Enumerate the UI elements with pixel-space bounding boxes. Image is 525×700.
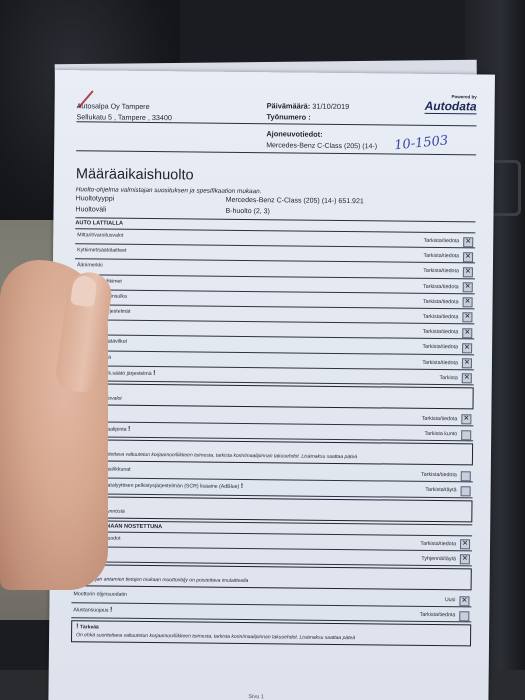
warning-icon: ! (76, 624, 78, 631)
service-interval-value: B-huolto (2, 3) (225, 206, 269, 217)
checklist-action: Tarkista/täytä (425, 487, 456, 493)
job-number-label: Työnumero : (266, 112, 310, 121)
checklist-sections: AUTO LATTIALLAMittarit/varoitusvalotTark… (71, 217, 475, 647)
checkbox-icon[interactable] (463, 282, 473, 292)
service-document: Autosalpa Oy Tampere Sellukatu 5 , Tampe… (48, 70, 495, 700)
document-header: Autosalpa Oy Tampere Sellukatu 5 , Tampe… (76, 88, 477, 154)
checklist-action: Tarkista/tiedota (423, 283, 459, 289)
checkbox-icon[interactable] (460, 539, 470, 549)
job-meta: Päivämäärä: 31/10/2019 Työnumero : (266, 100, 349, 123)
vehicle-info-value: Mercedes-Benz C-Class (205) (14-) (266, 142, 377, 150)
checklist-action: Tarkista/tiedota (422, 344, 458, 350)
autodata-logo: Autodata (425, 99, 477, 115)
checklist-action: Tarkista/tiedota (422, 416, 458, 422)
checkbox-icon[interactable] (462, 313, 472, 323)
checklist-action: Tarkista/tiedota (420, 612, 456, 618)
vehicle-info-label: Ajoneuvotiedot: (266, 129, 322, 139)
checklist-row: Selektiivisen katalyyttisen pelkistysjär… (73, 479, 473, 498)
company-info: Autosalpa Oy Tampere Sellukatu 5 , Tampe… (76, 100, 172, 123)
handwritten-note: 10-1503 (394, 133, 449, 153)
important-note: ! TärkeääOn ehkä suoritettava valtuutetu… (73, 439, 473, 465)
warning-icon: ! (110, 607, 112, 614)
document-page: Autosalpa Oy Tampere Sellukatu 5 , Tampe… (71, 88, 477, 649)
checkbox-icon[interactable] (460, 555, 470, 565)
important-note: ! TärkeääPariat LED-ajovalot (73, 383, 473, 409)
checklist-action: Tarkista/tiedota (423, 329, 459, 335)
checklist-item-label: Kytkimet/säätölaitteet (77, 247, 126, 254)
checklist-action: Tarkista/tiedota (423, 253, 459, 259)
checklist-action: Tarkista/tiedota (423, 299, 459, 305)
brand-block: Powered by Autodata (425, 94, 477, 115)
checklist-row: Alustansuojaus !Tarkista/tiedota (71, 603, 471, 622)
checkbox-icon[interactable] (463, 298, 473, 308)
page-number: Sivu 1 (248, 694, 264, 700)
checkbox-icon[interactable] (463, 237, 473, 247)
checklist-item-label: Mittarit/varoitusvalot (77, 232, 123, 238)
checklist-action: Tarkista/tiedota (424, 238, 460, 244)
checklist-action: Tarkista/tiedota (423, 268, 459, 274)
checkbox-icon[interactable] (462, 343, 472, 353)
checklist-row: Korin kunto/maalipinta !Tarkista kunto (73, 422, 473, 441)
checkbox-icon[interactable] (461, 486, 471, 496)
checkbox-icon[interactable] (463, 267, 473, 277)
checklist-action: Tarkista kunto (424, 431, 457, 437)
date-label: Päivämäärä: (267, 101, 311, 110)
date-value: 31/10/2019 (312, 102, 349, 111)
checklist-row: Ajovalojen kork.säätö järjestelmä !Tarki… (74, 366, 474, 385)
checklist-action: Uusi (445, 597, 456, 603)
checkbox-icon[interactable] (461, 415, 471, 425)
document-title: Määräaikaishuolto (76, 166, 476, 186)
checkbox-icon[interactable] (462, 373, 472, 383)
note-heading: Tärkeää (80, 625, 99, 631)
important-note: ! TärkeääOn ehkä suoritettava valtuutetu… (71, 621, 471, 647)
checkbox-icon[interactable] (461, 430, 471, 440)
checkbox-icon[interactable] (459, 611, 469, 621)
checklist-action: Tyhjennä/täytä (421, 556, 456, 562)
important-note: ! TärkeääAsiakkaan pyynnöstä (72, 496, 472, 522)
vehicle-info: Ajoneuvotiedot: Mercedes-Benz C-Class (2… (266, 128, 377, 152)
checkbox-icon[interactable] (462, 358, 472, 368)
checklist-row: Moottoriöljy !Tyhjennä/täytä (72, 547, 472, 566)
checklist-action: Tarkista (440, 375, 458, 381)
checkbox-icon[interactable] (462, 328, 472, 338)
checklist-action: Tarkista/tiedota (422, 359, 458, 365)
checkbox-icon[interactable] (461, 471, 471, 481)
checklist-action: Tarkista/tiedota (423, 314, 459, 320)
checklist-item-label: Alustansuojaus (73, 607, 108, 613)
service-interval-label: Huoltoväli (75, 204, 225, 217)
warning-icon: ! (128, 426, 130, 433)
checklist-item-label: Äänimerkki (77, 263, 103, 269)
warning-icon: ! (153, 370, 155, 377)
checklist-action: Tarkista/tiedota (421, 472, 457, 478)
checkbox-icon[interactable] (463, 252, 473, 262)
checkbox-icon[interactable] (459, 596, 469, 606)
checklist-action: Tarkista/tiedota (420, 540, 456, 546)
checklist-item-label: Moottorin öljynsuodatin (73, 591, 126, 598)
thumbnail (70, 274, 98, 307)
warning-icon: ! (241, 483, 243, 490)
important-note: ! TärkeääValmistajan antamien tietojen m… (72, 564, 472, 590)
